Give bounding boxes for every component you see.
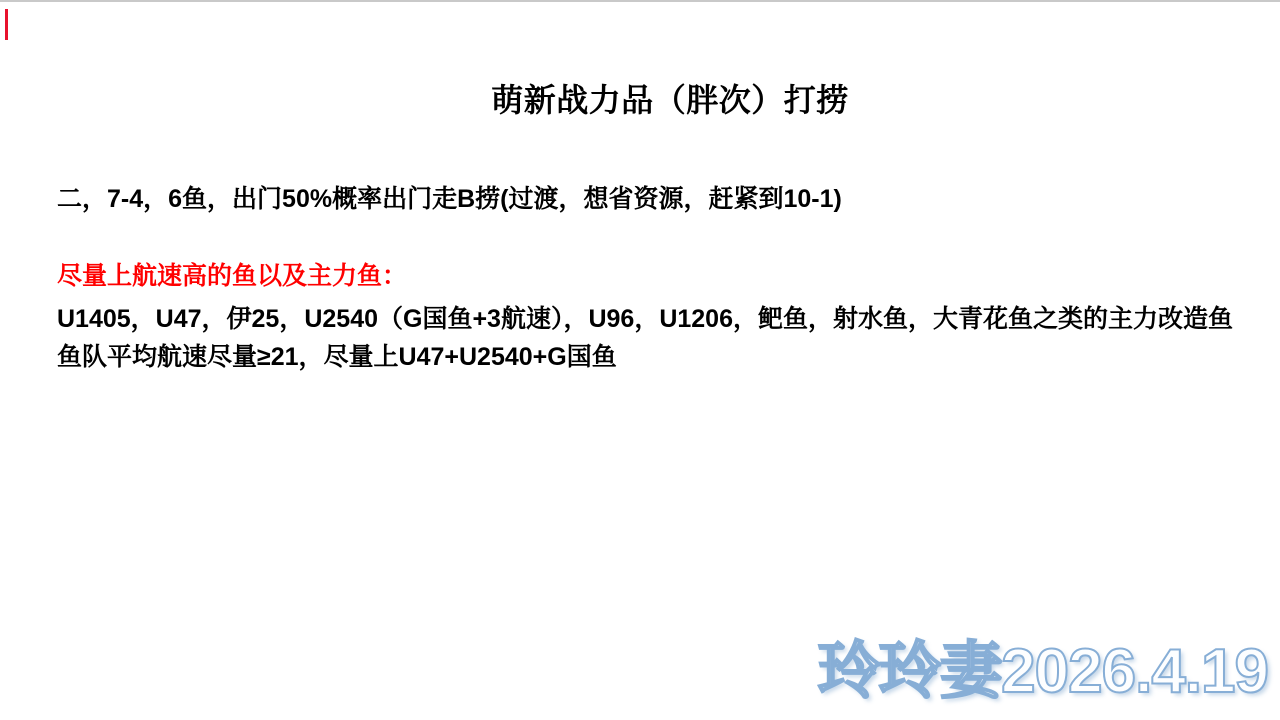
top-border (0, 0, 1280, 2)
intro-line: 二，7-4，6鱼，出门50%概率出门走B捞(过渡，想省资源，赶紧到10-1) (57, 184, 842, 214)
fish-list-line: U1405，U47，伊25，U2540（G国鱼+3航速），U96，U1206，鲃… (57, 304, 1233, 334)
speed-requirement-line: 鱼队平均航速尽量≥21，尽量上U47+U2540+G国鱼 (57, 342, 617, 372)
watermark: 玲玲妻2026.4.19 (818, 638, 1268, 706)
red-heading: 尽量上航速高的鱼以及主力鱼： (57, 261, 407, 291)
slide-title: 萌新战力品（胖次）打捞 (0, 80, 1280, 120)
slide: 萌新战力品（胖次）打捞 二，7-4，6鱼，出门50%概率出门走B捞(过渡，想省资… (0, 0, 1280, 720)
red-annotation-mark (5, 9, 8, 40)
